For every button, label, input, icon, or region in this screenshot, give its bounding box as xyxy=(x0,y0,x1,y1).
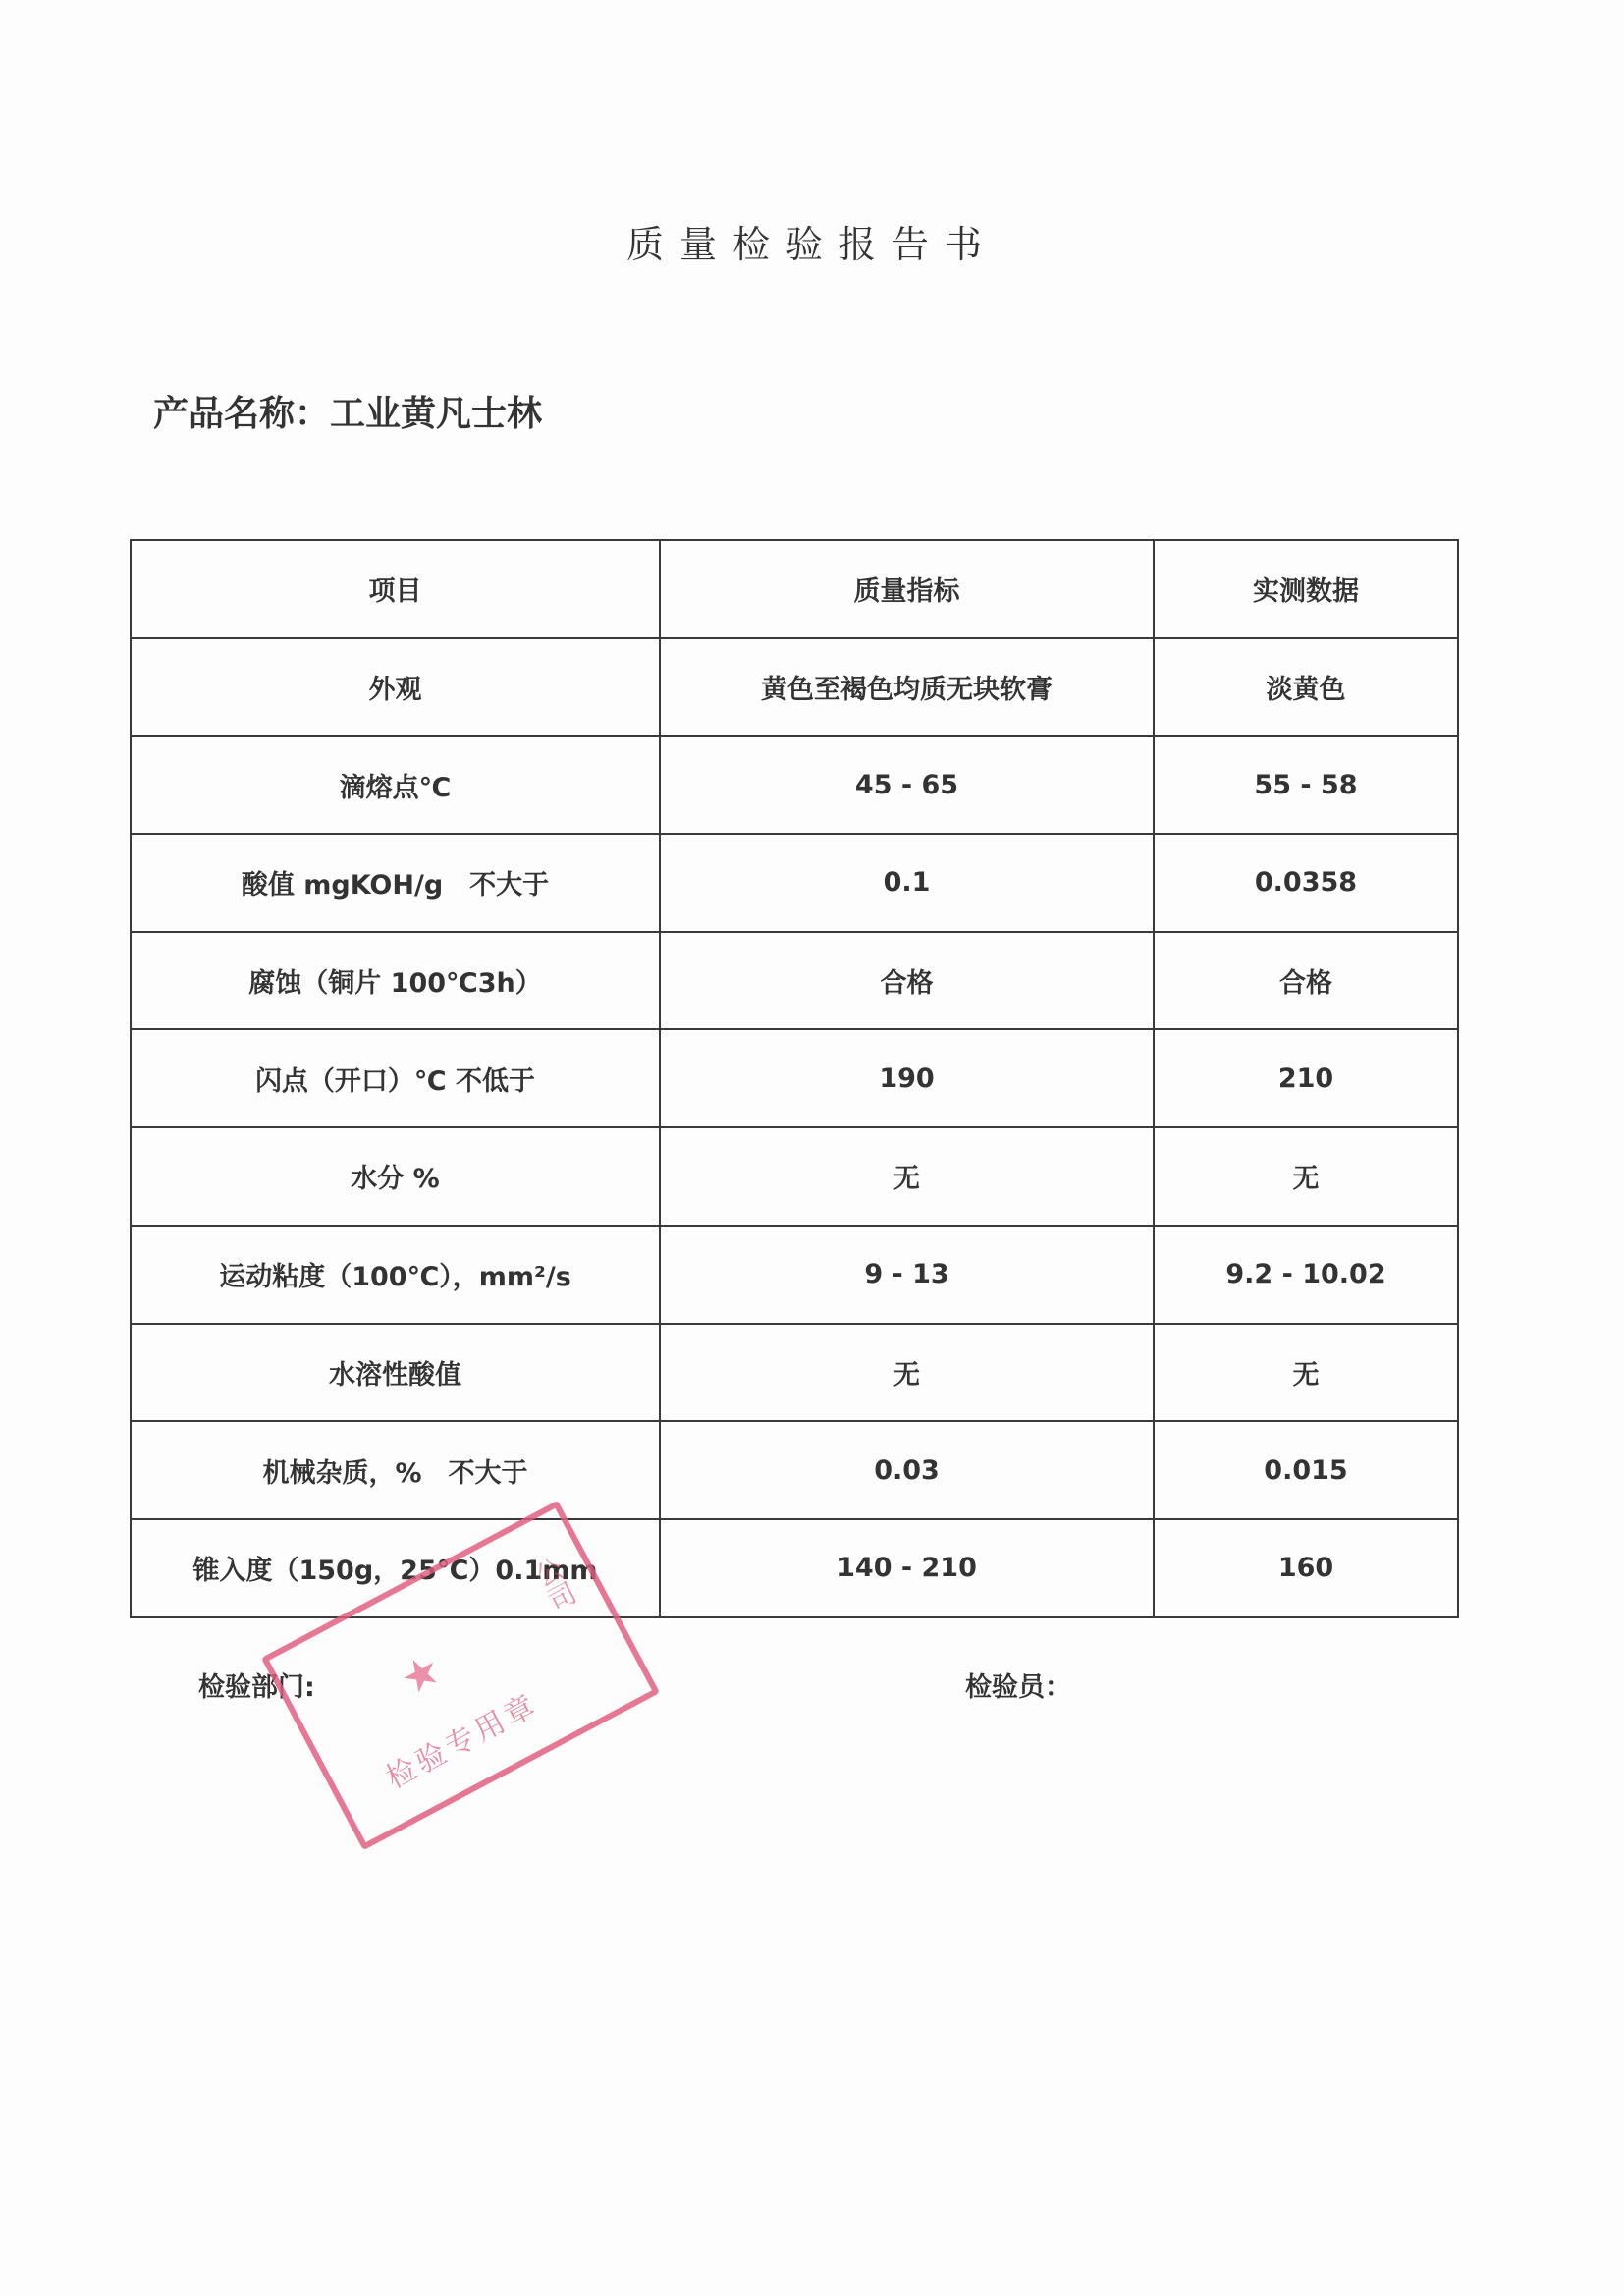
quality-spec-table: 项目 质量指标 实测数据 外观 黄色至褐色均质无块软膏 淡黄色 滴熔点℃ 45 … xyxy=(130,539,1459,1618)
row-item: 闪点（开口）℃ 不低于 xyxy=(131,1029,660,1127)
table-row: 水溶性酸值 无 无 xyxy=(131,1324,1458,1422)
row-measured: 210 xyxy=(1154,1029,1458,1127)
row-standard: 黄色至褐色均质无块软膏 xyxy=(660,638,1154,737)
row-item: 腐蚀（铜片 100℃3h） xyxy=(131,932,660,1030)
row-item: 滴熔点℃ xyxy=(131,736,660,834)
row-standard: 45 - 65 xyxy=(660,736,1154,834)
row-measured: 9.2 - 10.02 xyxy=(1154,1226,1458,1324)
table-row: 水分 % 无 无 xyxy=(131,1127,1458,1226)
row-item: 水溶性酸值 xyxy=(131,1324,660,1422)
page-title: 质量检验报告书 xyxy=(0,214,1624,268)
row-standard: 140 - 210 xyxy=(660,1519,1154,1617)
header-measured: 实测数据 xyxy=(1154,540,1458,638)
star-icon: ★ xyxy=(392,1644,450,1707)
row-measured: 无 xyxy=(1154,1127,1458,1226)
row-measured: 160 xyxy=(1154,1519,1458,1617)
table-row: 外观 黄色至褐色均质无块软膏 淡黄色 xyxy=(131,638,1458,737)
row-standard: 无 xyxy=(660,1127,1154,1226)
row-standard: 0.1 xyxy=(660,834,1154,932)
table-row: 机械杂质，% 不大于 0.03 0.015 xyxy=(131,1421,1458,1519)
row-measured: 合格 xyxy=(1154,932,1458,1030)
row-standard: 190 xyxy=(660,1029,1154,1127)
product-name-label: 产品名称： xyxy=(153,393,330,434)
row-item: 机械杂质，% 不大于 xyxy=(131,1421,660,1519)
row-measured: 无 xyxy=(1154,1324,1458,1422)
row-standard: 0.03 xyxy=(660,1421,1154,1519)
inspector-label: 检验员： xyxy=(965,1666,1071,1704)
row-item: 水分 % xyxy=(131,1127,660,1226)
row-standard: 无 xyxy=(660,1324,1154,1422)
table-row: 酸值 mgKOH/g 不大于 0.1 0.0358 xyxy=(131,834,1458,932)
row-item: 运动粘度（100℃），mm²/s xyxy=(131,1226,660,1324)
stamp-text: 检验专用章 xyxy=(377,1680,545,1797)
row-standard: 9 - 13 xyxy=(660,1226,1154,1324)
product-name-line: 产品名称：工业黄凡士林 xyxy=(153,386,542,436)
row-standard: 合格 xyxy=(660,932,1154,1030)
stamp-company-text: 公司 xyxy=(523,1552,584,1618)
table-row: 腐蚀（铜片 100℃3h） 合格 合格 xyxy=(131,932,1458,1030)
product-name-value: 工业黄凡士林 xyxy=(330,393,542,434)
row-measured: 0.0358 xyxy=(1154,834,1458,932)
row-measured: 0.015 xyxy=(1154,1421,1458,1519)
header-item: 项目 xyxy=(131,540,660,638)
row-measured: 淡黄色 xyxy=(1154,638,1458,737)
header-standard: 质量指标 xyxy=(660,540,1154,638)
row-measured: 55 - 58 xyxy=(1154,736,1458,834)
table-row: 锥入度（150g，25℃）0.1mm 140 - 210 160 xyxy=(131,1519,1458,1617)
table-row: 滴熔点℃ 45 - 65 55 - 58 xyxy=(131,736,1458,834)
table-row: 闪点（开口）℃ 不低于 190 210 xyxy=(131,1029,1458,1127)
row-item: 酸值 mgKOH/g 不大于 xyxy=(131,834,660,932)
table-header-row: 项目 质量指标 实测数据 xyxy=(131,540,1458,638)
row-item: 外观 xyxy=(131,638,660,737)
table-row: 运动粘度（100℃），mm²/s 9 - 13 9.2 - 10.02 xyxy=(131,1226,1458,1324)
